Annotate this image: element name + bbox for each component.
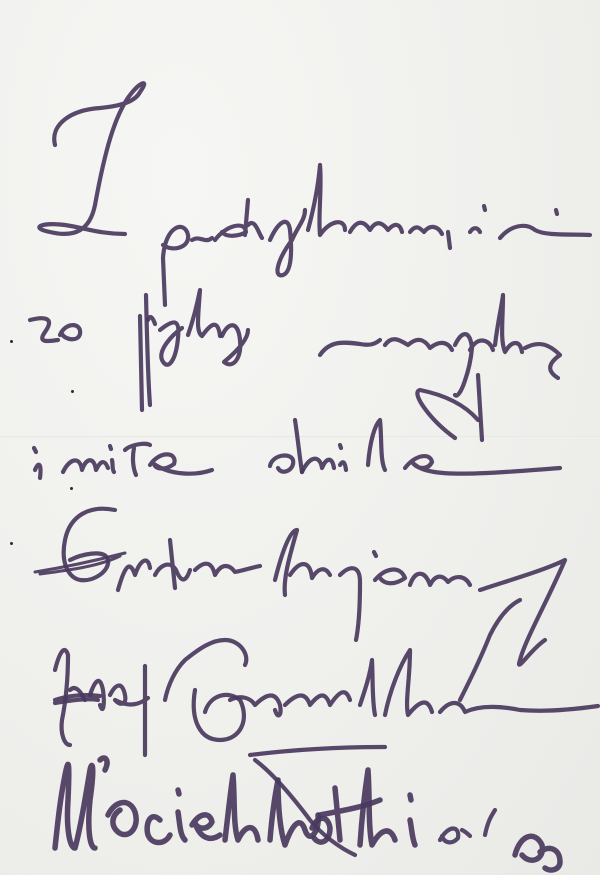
handwritten-note: Z pozdrowieniami za piękny wieczór i mił… [0,0,600,875]
signature2-strokes [55,747,560,870]
line2-strokes [30,290,560,440]
line1-strokes [39,83,590,305]
signature1-strokes [55,600,598,755]
handwriting-strokes [0,0,600,875]
